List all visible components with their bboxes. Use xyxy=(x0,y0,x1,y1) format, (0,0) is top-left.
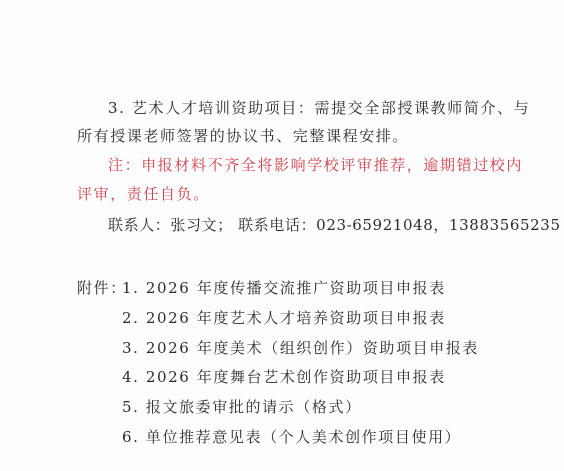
item3-line-1: 3. 艺术人才培训资助项目：需提交全部授课教师简介、与 xyxy=(108,98,530,118)
note-line-2: 评审，责任自负。 xyxy=(77,184,210,204)
contact-line: 联系人：张习文； 联系电话：023-65921048，13883565235 xyxy=(108,215,561,235)
attachment-item-3: 3. 2026 年度美术（组织创作）资助项目申报表 xyxy=(122,338,479,358)
attachments-label: 附件： xyxy=(77,278,127,298)
note-line-1: 注：申报材料不齐全将影响学校评审推荐，逾期错过校内 xyxy=(108,155,523,175)
attachment-item-2: 2. 2026 年度艺术人才培养资助项目申报表 xyxy=(122,308,446,328)
item3-line-2: 所有授课老师签署的协议书、完整课程安排。 xyxy=(77,126,409,146)
attachment-item-1: 1. 2026 年度传播交流推广资助项目申报表 xyxy=(122,278,446,298)
attachment-item-5: 5. 报文旅委审批的请示（格式） xyxy=(122,397,362,417)
attachment-item-4: 4. 2026 年度舞台艺术创作资助项目申报表 xyxy=(122,367,446,387)
attachment-item-6: 6. 单位推荐意见表（个人美术创作项目使用） xyxy=(122,427,461,447)
